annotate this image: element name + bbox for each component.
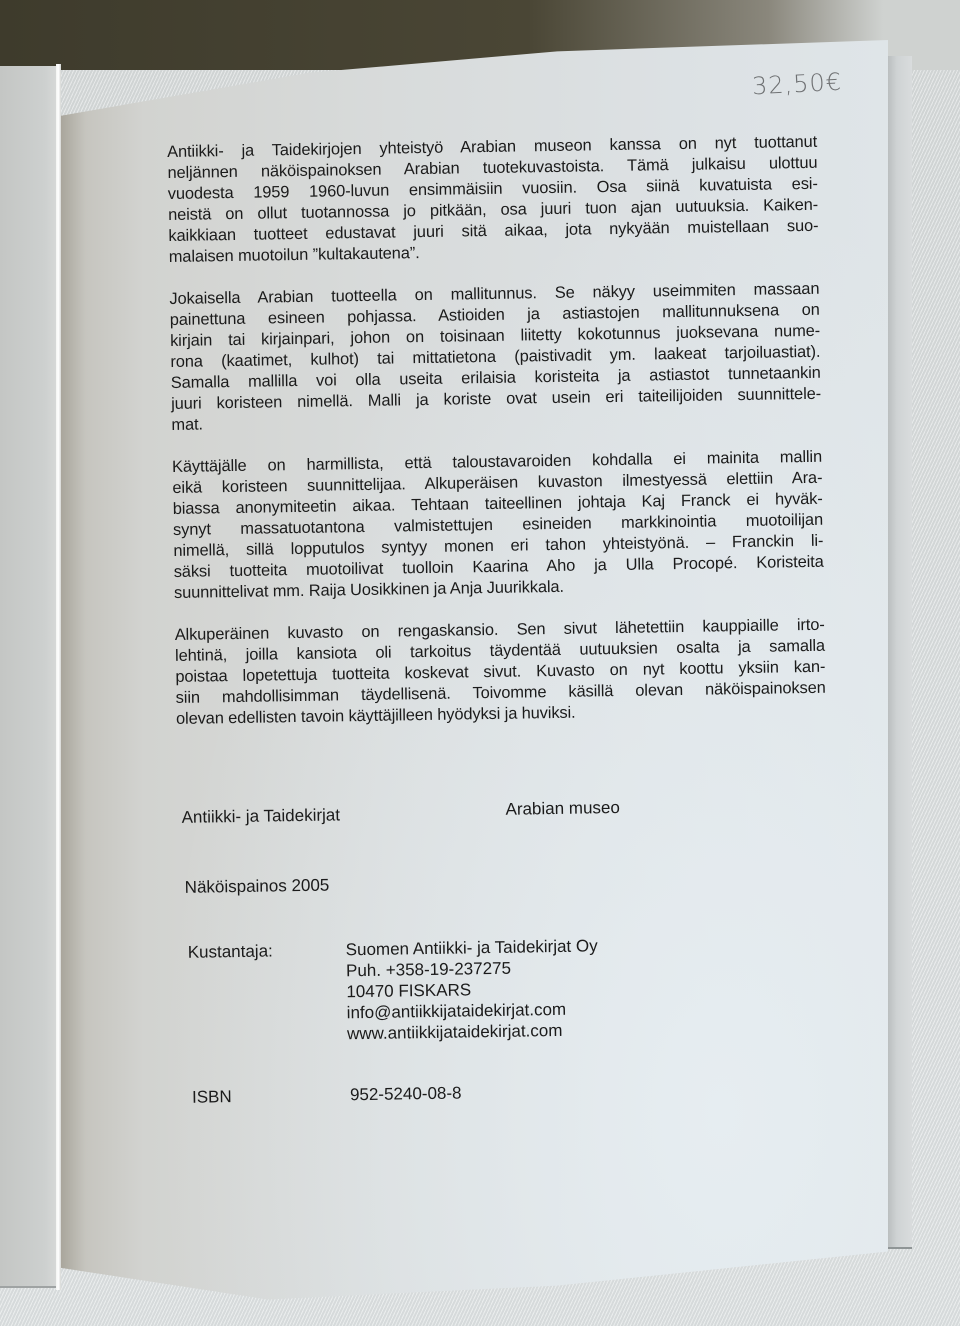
paragraph-model-codes: Jokaisella Arabian tuotteella on mallitu… bbox=[169, 279, 821, 436]
page-content: Antiikki- ja Taidekirjojen yhteistyö Ara… bbox=[167, 132, 826, 751]
publisher-name: Suomen Antiikki- ja Taidekirjat Oy bbox=[346, 935, 598, 960]
previous-page bbox=[0, 66, 56, 1288]
paragraph-designers: Käyttäjälle on harmillista, että taloust… bbox=[172, 447, 824, 604]
publisher-website: www.antiikkijataidekirjat.com bbox=[347, 1019, 599, 1044]
publisher-details: Suomen Antiikki- ja Taidekirjat Oy Puh. … bbox=[346, 935, 600, 1044]
signature-museum: Arabian museo bbox=[505, 798, 620, 820]
isbn-value: 952-5240-08-8 bbox=[350, 1083, 462, 1105]
signature-publisher: Antiikki- ja Taidekirjat bbox=[181, 805, 340, 827]
isbn-label: ISBN bbox=[192, 1087, 232, 1108]
edition-note: Näköispainos 2005 bbox=[185, 876, 330, 898]
paragraph-intro: Antiikki- ja Taidekirjojen yhteistyö Ara… bbox=[167, 132, 819, 268]
publisher-label: Kustantaja: bbox=[188, 940, 273, 962]
paragraph-catalogue: Alkuperäinen kuvasto on rengaskansio. Se… bbox=[175, 615, 827, 730]
handwritten-price-note: 32,50€ bbox=[751, 68, 842, 101]
page-edge bbox=[56, 64, 61, 1290]
back-cover-edge bbox=[887, 56, 912, 1249]
